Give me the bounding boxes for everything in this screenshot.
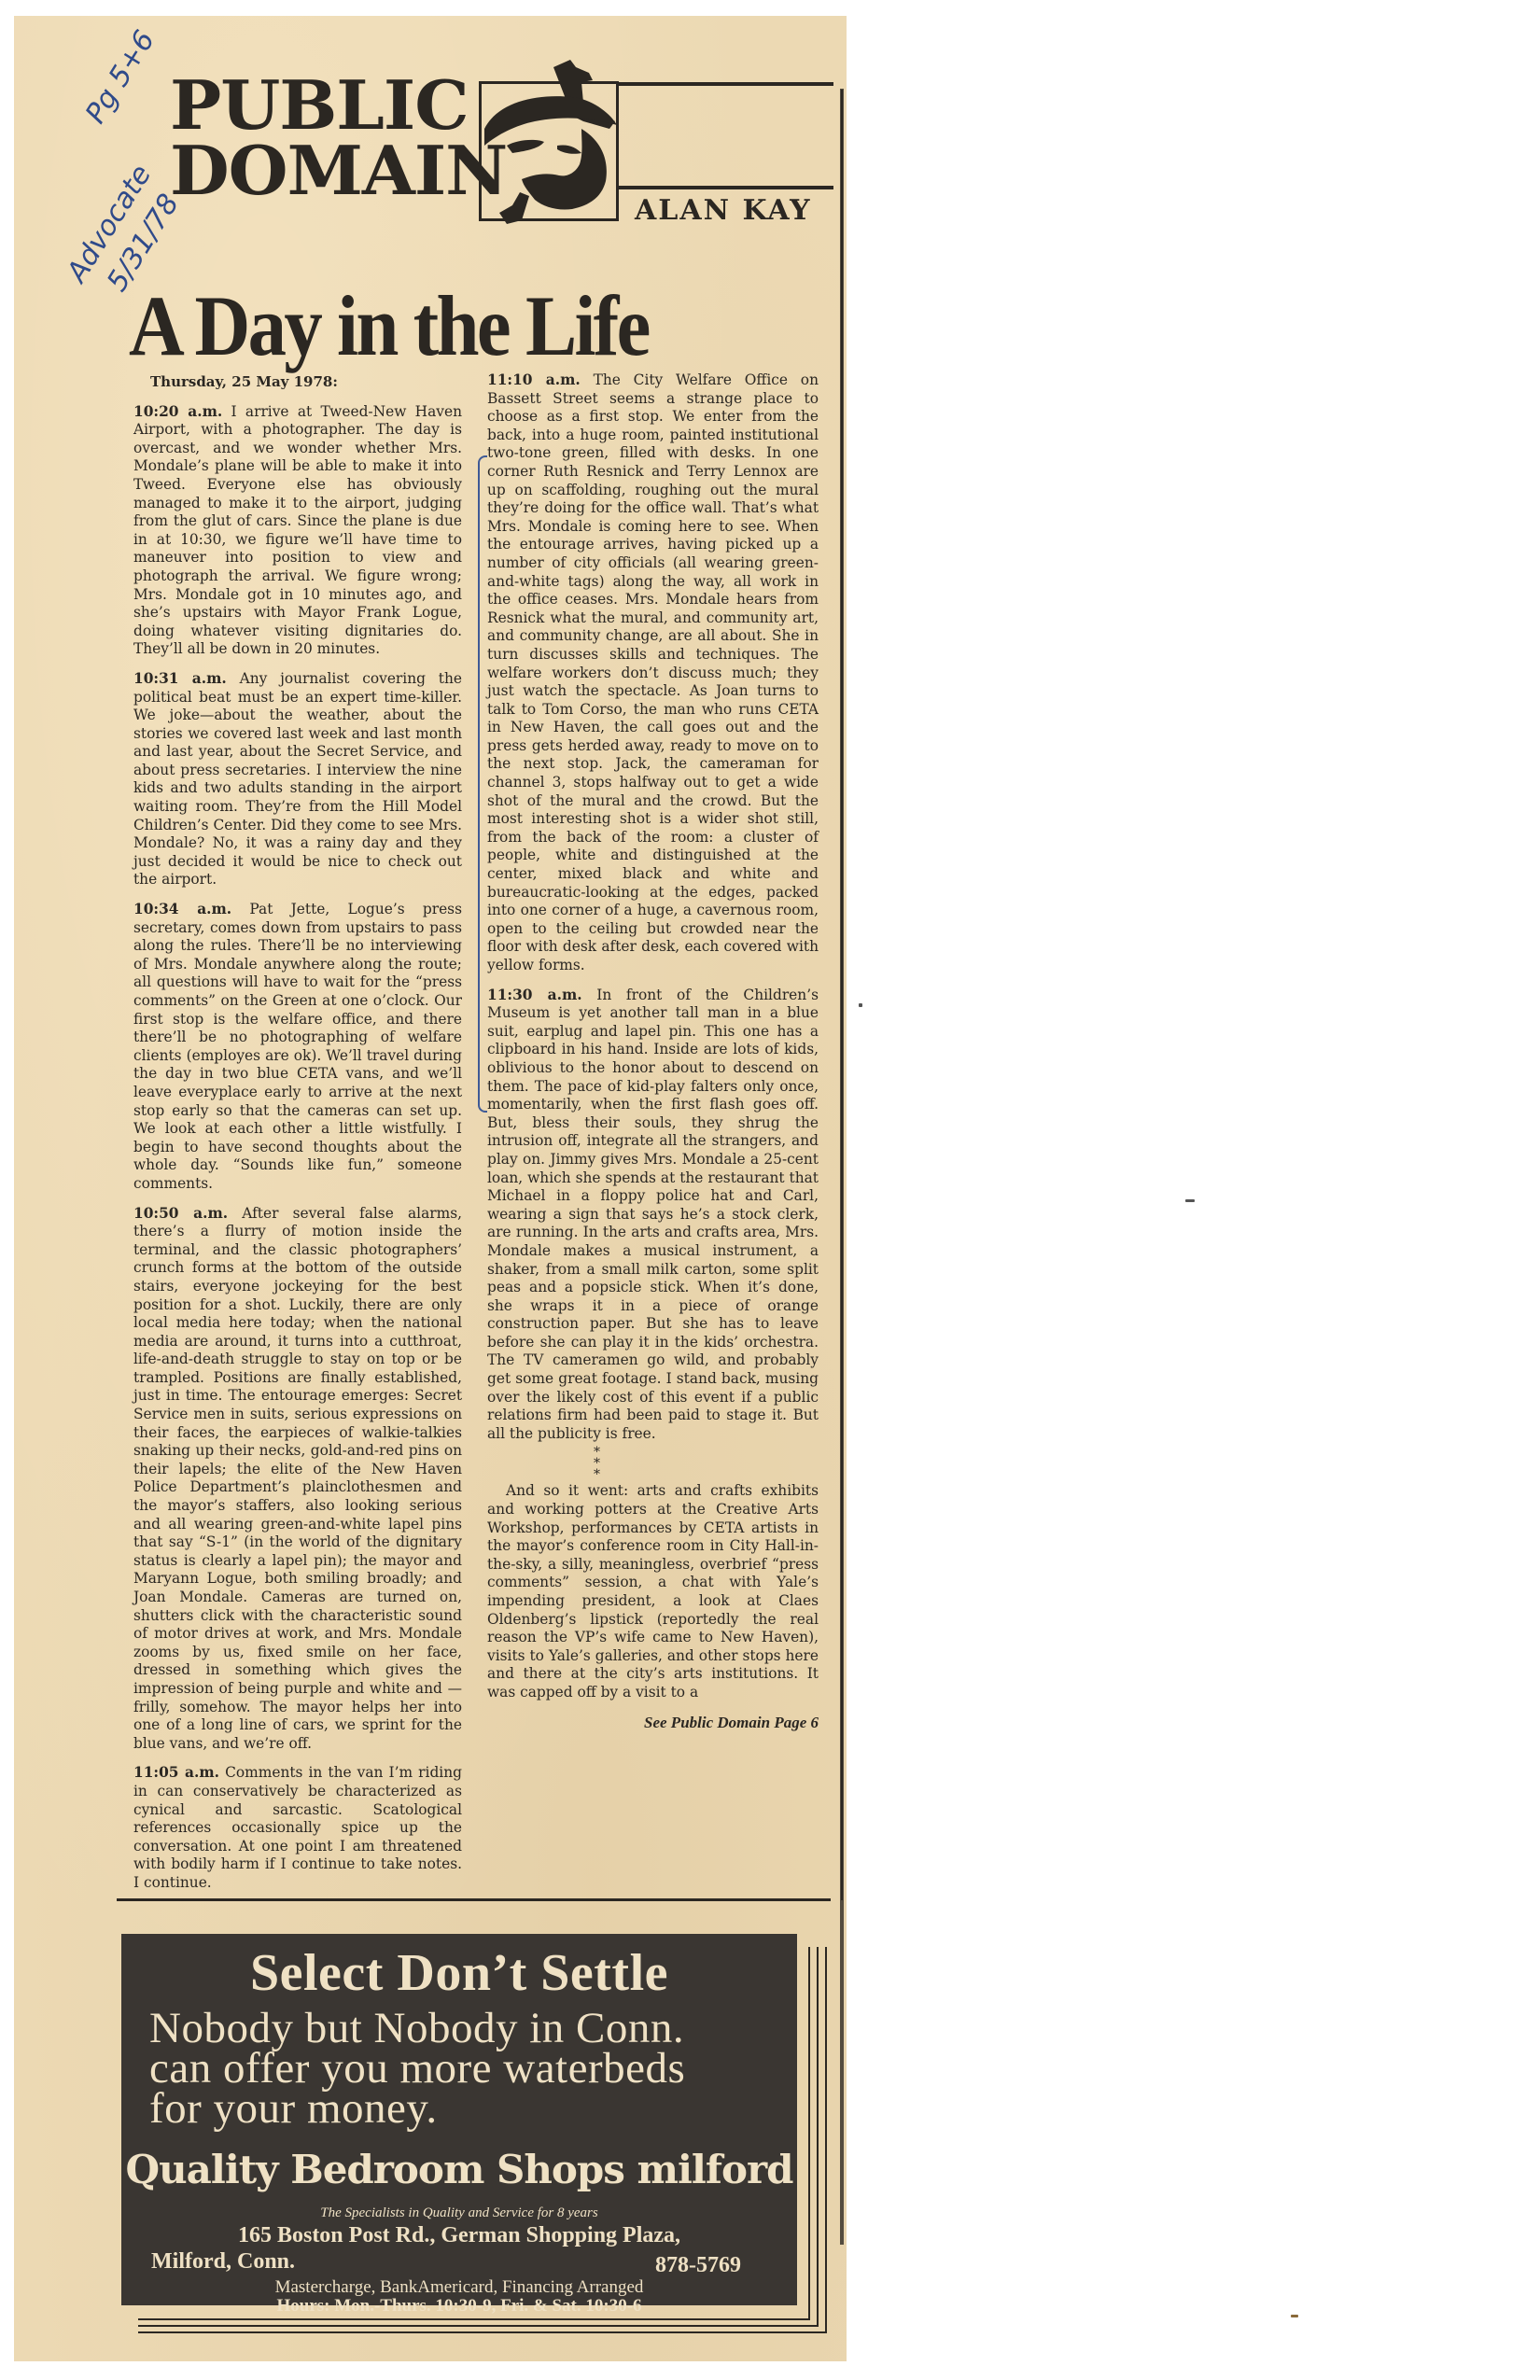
entry-text: I arrive at Tweed-New Haven Airport, wit… bbox=[133, 403, 462, 658]
entry-time: 11:10 a.m. bbox=[487, 371, 581, 388]
scan-speck bbox=[1185, 1199, 1195, 1202]
scan-speck bbox=[1291, 2315, 1298, 2317]
entry-text: Any journalist covering the political be… bbox=[133, 670, 462, 889]
ad-address: 165 Boston Post Rd., German Shopping Pla… bbox=[121, 2223, 797, 2248]
columnist-portrait-icon bbox=[479, 81, 619, 221]
section-divider bbox=[117, 1898, 831, 1901]
entry-text: After several false alarms, there’s a fl… bbox=[133, 1205, 462, 1752]
entry-paragraph: 10:50 a.m. After several false alarms, t… bbox=[133, 1205, 462, 1754]
entry-paragraph: 10:31 a.m. Any journalist covering the p… bbox=[133, 670, 462, 889]
entry-time: 10:34 a.m. bbox=[133, 901, 231, 917]
ad-body-line: for your money. bbox=[149, 2089, 685, 2129]
entry-text: The City Welfare Office on Bassett Stree… bbox=[487, 371, 819, 973]
continued-link[interactable]: See Public Domain Page 6 bbox=[487, 1714, 819, 1732]
article-column-right: 11:10 a.m. The City Welfare Office on Ba… bbox=[487, 371, 819, 1743]
article-dateline: Thursday, 25 May 1978: bbox=[150, 373, 462, 392]
ad-body-line: can offer you more waterbeds bbox=[149, 2049, 685, 2089]
entry-paragraph: 10:20 a.m. I arrive at Tweed-New Haven A… bbox=[133, 403, 462, 659]
column-right-rule bbox=[841, 90, 843, 1900]
entry-time: 10:20 a.m. bbox=[133, 403, 222, 420]
byline: ALAN KAY bbox=[635, 194, 812, 227]
entry-time: 11:05 a.m. bbox=[133, 1764, 219, 1781]
closing-paragraph: And so it went: arts and crafts exhibits… bbox=[487, 1482, 819, 1701]
column-masthead: PUBLIC DOMAIN bbox=[170, 73, 507, 203]
ad-phone: 878-5769 bbox=[655, 2253, 741, 2278]
ad-hours: Hours: Mon.-Thurs. 10:30-9, Fri. & Sat. … bbox=[121, 2296, 797, 2317]
entry-text: Comments in the van I’m riding in can co… bbox=[133, 1764, 462, 1891]
ad-body-line: Nobody but Nobody in Conn. bbox=[149, 2009, 685, 2049]
handwritten-bracket-mark bbox=[478, 455, 487, 1113]
masthead-line-1: PUBLIC bbox=[170, 73, 507, 138]
header-rule-top bbox=[619, 82, 833, 86]
entry-paragraph: 11:10 a.m. The City Welfare Office on Ba… bbox=[487, 371, 819, 975]
ad-body: Nobody but Nobody in Conn. can offer you… bbox=[149, 2009, 685, 2129]
scan-speck bbox=[859, 1003, 862, 1007]
ad-store-name: Quality Bedroom Shops milford bbox=[121, 2147, 797, 2192]
article-column-left: Thursday, 25 May 1978: 10:20 a.m. I arri… bbox=[133, 373, 462, 1904]
entry-text: Pat Jette, Logue’s press secretary, come… bbox=[133, 901, 462, 1192]
entry-text: In front of the Children’s Museum is yet… bbox=[487, 987, 819, 1442]
waterbed-advertisement: Select Don’t Settle Nobody but Nobody in… bbox=[121, 1934, 797, 2305]
ad-headline: Select Don’t Settle bbox=[121, 1943, 797, 2003]
entry-paragraph: 11:05 a.m. Comments in the van I’m ridin… bbox=[133, 1764, 462, 1892]
entry-time: 10:31 a.m. bbox=[133, 670, 227, 687]
ad-payment: Mastercharge, BankAmericard, Financing A… bbox=[121, 2277, 797, 2298]
entry-paragraph: 11:30 a.m. In front of the Children’s Mu… bbox=[487, 987, 819, 1444]
masthead-line-2: DOMAIN bbox=[170, 138, 507, 203]
entry-paragraph: 10:34 a.m. Pat Jette, Logue’s press secr… bbox=[133, 901, 462, 1194]
entry-time: 11:30 a.m. bbox=[487, 987, 582, 1003]
ad-city: Milford, Conn. bbox=[151, 2249, 295, 2275]
ad-tagline: The Specialists in Quality and Service f… bbox=[121, 2205, 797, 2221]
entry-time: 10:50 a.m. bbox=[133, 1205, 228, 1222]
article-headline: A Day in the Life bbox=[129, 276, 649, 375]
header-rule-bottom bbox=[619, 186, 833, 189]
section-separator: * * * bbox=[487, 1447, 819, 1480]
